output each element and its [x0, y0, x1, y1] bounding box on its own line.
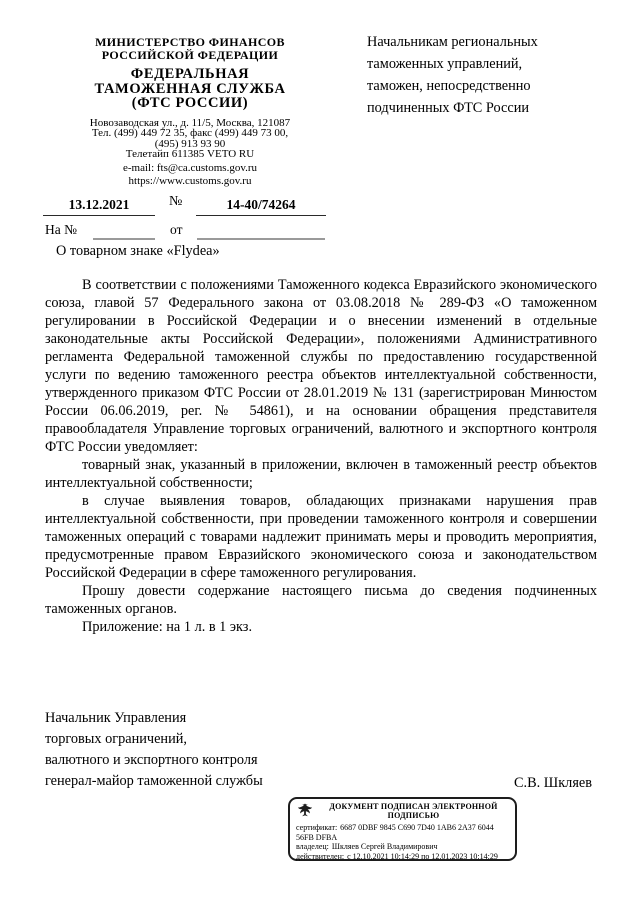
- body-paragraph: Прошу довести содержание настоящего пись…: [45, 582, 597, 618]
- stamp-validity-value: с 12.10.2021 10:14:29 по 12.01.2023 10:1…: [347, 852, 498, 861]
- ref-number-sign: №: [169, 194, 182, 210]
- sender-teletype: Телетайп 611385 VETO RU: [40, 149, 340, 160]
- signer-position-line: торговых ограничений,: [45, 729, 594, 750]
- stamp-validity-label: действителен:: [296, 852, 344, 861]
- stamp-header: ДОКУМЕНТ ПОДПИСАН ЭЛЕКТРОННОЙ ПОДПИСЬЮ: [296, 802, 509, 820]
- letter-body: В соответствии с положениями Таможенного…: [45, 276, 597, 636]
- stamp-certificate-label: сертификат:: [296, 823, 337, 832]
- recipient-line: таможенных управлений,: [367, 53, 597, 75]
- agency-name-line: ТАМОЖЕННАЯ СЛУЖБА: [40, 82, 340, 97]
- recipient-block: Начальникам региональных таможенных упра…: [367, 31, 597, 119]
- body-paragraph: товарный знак, указанный в приложении, в…: [45, 456, 597, 492]
- recipient-line: таможен, непосредственно: [367, 75, 597, 97]
- signer-position-line: валютного и экспортного контроля: [45, 750, 594, 771]
- sender-website: https://www.customs.gov.ru: [40, 176, 340, 187]
- signature-block: Начальник Управления торговых ограничени…: [45, 708, 594, 792]
- signer-position-line: Начальник Управления: [45, 708, 594, 729]
- body-paragraph: В соответствии с положениями Таможенного…: [45, 276, 597, 456]
- stamp-owner-value: Шкляев Сергей Владимирович: [332, 842, 438, 851]
- stamp-title-line: ПОДПИСЬЮ: [318, 811, 509, 820]
- ref-reply-label: На №: [45, 222, 77, 238]
- stamp-validity: действителен: с 12.10.2021 10:14:29 по 1…: [296, 852, 509, 862]
- ref-from-label: от: [170, 222, 182, 238]
- letter-page: МИНИСТЕРСТВО ФИНАНСОВ РОССИЙСКОЙ ФЕДЕРАЦ…: [0, 0, 640, 905]
- subject-line: О товарном знаке «Flydea»: [56, 243, 220, 260]
- stamp-certificate: сертификат: 6687 0DBF 9845 C690 7D40 1AB…: [296, 823, 509, 842]
- signer-position: Начальник Управления торговых ограничени…: [45, 708, 594, 792]
- stamp-owner: владелец: Шкляев Сергей Владимирович: [296, 842, 509, 852]
- electronic-signature-stamp: ДОКУМЕНТ ПОДПИСАН ЭЛЕКТРОННОЙ ПОДПИСЬЮ с…: [288, 797, 517, 861]
- agency-name-line: ФЕДЕРАЛЬНАЯ: [40, 67, 340, 82]
- recipient-line: Начальникам региональных: [367, 31, 597, 53]
- stamp-owner-label: владелец:: [296, 842, 329, 851]
- signer-name: С.В. Шкляев: [514, 775, 592, 792]
- ref-number-field: 14-40/74264: [196, 197, 326, 216]
- ministry-name-line: РОССИЙСКОЙ ФЕДЕРАЦИИ: [40, 49, 340, 62]
- attachment-line: Приложение: на 1 л. в 1 экз.: [45, 618, 597, 636]
- stamp-title-line: ДОКУМЕНТ ПОДПИСАН ЭЛЕКТРОННОЙ: [318, 802, 509, 811]
- recipient-line: подчиненных ФТС России: [367, 97, 597, 119]
- stamp-title: ДОКУМЕНТ ПОДПИСАН ЭЛЕКТРОННОЙ ПОДПИСЬЮ: [318, 802, 509, 820]
- sender-contact-block: Новозаводская ул., д. 11/5, Москва, 1210…: [40, 118, 340, 188]
- sender-letterhead: МИНИСТЕРСТВО ФИНАНСОВ РОССИЙСКОЙ ФЕДЕРАЦ…: [40, 36, 340, 187]
- stamp-details: сертификат: 6687 0DBF 9845 C690 7D40 1AB…: [296, 823, 509, 861]
- coat-of-arms-icon: [296, 802, 314, 820]
- body-paragraph: в случае выявления товаров, обладающих п…: [45, 492, 597, 582]
- sender-email: e-mail: fts@ca.customs.gov.ru: [40, 163, 340, 174]
- agency-name: ФЕДЕРАЛЬНАЯ ТАМОЖЕННАЯ СЛУЖБА (ФТС РОССИ…: [40, 67, 340, 111]
- agency-name-line: (ФТС РОССИИ): [40, 96, 340, 111]
- signer-position-line: генерал-майор таможенной службы: [45, 771, 594, 792]
- ref-reply-blank-line: [93, 222, 155, 240]
- ref-date-field: 13.12.2021: [43, 197, 155, 216]
- ref-from-blank-line: [197, 222, 325, 240]
